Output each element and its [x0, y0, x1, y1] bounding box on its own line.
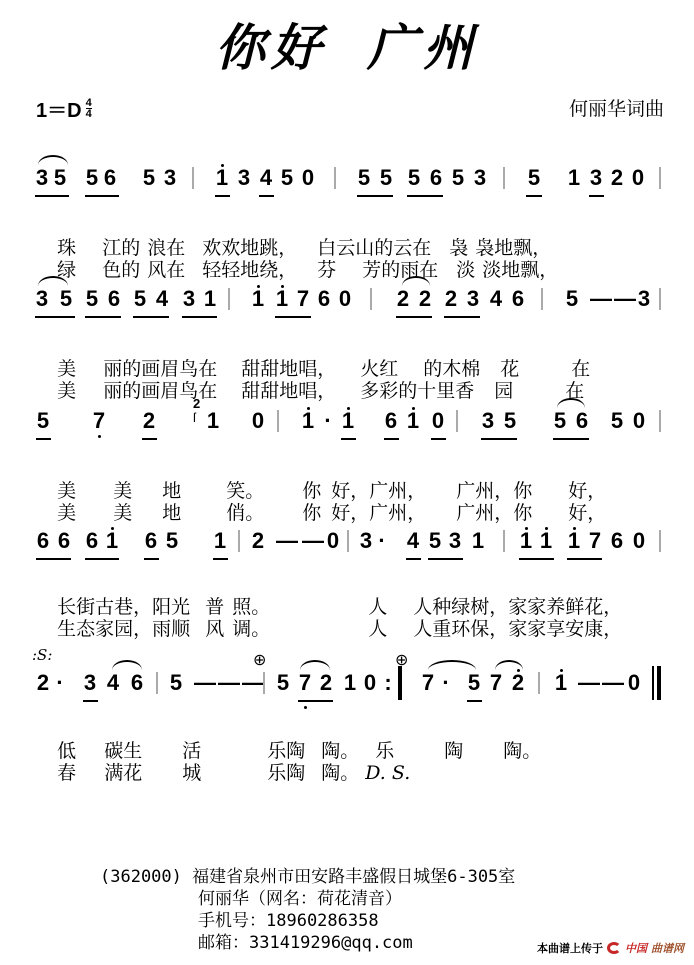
underline	[144, 558, 159, 560]
underline	[526, 195, 542, 197]
underline	[83, 700, 98, 702]
note: 2	[35, 670, 51, 696]
note: 3	[34, 165, 50, 191]
high-dot	[517, 669, 520, 672]
underline	[396, 316, 432, 318]
note: 1	[340, 408, 356, 434]
barline	[263, 672, 265, 694]
note: 5	[466, 670, 482, 696]
high-dot	[347, 407, 350, 410]
barline	[192, 167, 194, 189]
note: 6	[102, 165, 118, 191]
note: 0	[626, 670, 642, 696]
slur	[402, 276, 430, 286]
underline	[298, 700, 333, 702]
contact-info: (362000) 福建省泉州市田安路丰盛假日城堡6-305室 何丽华（网名：荷花…	[100, 866, 515, 954]
note: 2	[250, 528, 266, 554]
note: 4	[258, 165, 274, 191]
notation-line: 6 6 6 1 6 5 1 2 — — 0 3 · 4 5 3 1 1 1 1 …	[0, 518, 694, 558]
barline	[238, 530, 240, 552]
low-dot	[98, 435, 101, 438]
note: 5	[378, 165, 394, 191]
lyric-verse-2: 生态家园，雨顺风调。人人重环保，家家享安康，	[33, 596, 622, 662]
note: 1	[202, 286, 218, 312]
note: 1	[274, 286, 290, 312]
note: 1	[553, 670, 569, 696]
underline	[36, 438, 51, 440]
underline	[142, 438, 157, 440]
high-dot	[560, 669, 563, 672]
barline	[503, 530, 505, 552]
underline	[444, 316, 480, 318]
time-sig-bottom: 4	[86, 109, 92, 119]
note: 1	[470, 528, 486, 554]
underline	[215, 195, 230, 197]
note: —	[590, 286, 606, 312]
coda-icon: ⊕	[253, 650, 266, 669]
slur	[38, 155, 68, 165]
note: 0	[250, 408, 266, 434]
note: 1	[342, 670, 358, 696]
note: 6	[316, 286, 332, 312]
underline	[85, 316, 121, 318]
high-dot	[257, 285, 260, 288]
title-part-1: 你好	[215, 18, 327, 77]
note: 3	[236, 165, 252, 191]
barline	[659, 167, 661, 189]
note: 6	[383, 408, 399, 434]
note: 7	[488, 670, 504, 696]
underline	[133, 316, 169, 318]
barline	[277, 410, 279, 432]
note: 5	[164, 528, 180, 554]
note: 0	[631, 528, 647, 554]
barline	[370, 288, 372, 310]
note: 6	[574, 408, 590, 434]
note: 1	[212, 528, 228, 554]
note: 6	[56, 528, 72, 554]
note: 4	[105, 670, 121, 696]
barline	[659, 530, 661, 552]
note: 1	[566, 165, 582, 191]
note: 3	[480, 408, 496, 434]
note: 5	[132, 286, 148, 312]
high-dot	[573, 527, 576, 530]
note: 5	[609, 408, 625, 434]
brand-name-1: 中国	[625, 940, 647, 956]
note: 7	[91, 408, 107, 434]
note: 4	[488, 286, 504, 312]
note: 1	[566, 528, 582, 554]
repeat-dots: :	[380, 670, 396, 696]
note: 0	[337, 286, 353, 312]
note: 1	[518, 528, 534, 554]
note: ·	[320, 408, 336, 434]
underline	[85, 558, 119, 560]
note: 3	[636, 286, 652, 312]
note: 3	[162, 165, 178, 191]
underline	[275, 316, 311, 318]
brand-name-2: 曲谱网	[651, 940, 684, 956]
barline	[456, 410, 458, 432]
barline	[659, 410, 661, 432]
note: —	[578, 670, 594, 696]
lyric-verse-2: 春满花城乐陶陶。D. S.	[33, 740, 410, 806]
high-dot	[525, 527, 528, 530]
note: 0	[362, 670, 378, 696]
dal-segno-mark: D. S.	[365, 762, 410, 784]
segno-icon: :S:	[32, 646, 52, 664]
note: 4	[154, 286, 170, 312]
underline	[481, 438, 517, 440]
coda-icon: ⊕	[395, 650, 408, 669]
note: 1	[538, 528, 554, 554]
note: 6	[143, 528, 159, 554]
high-dot	[221, 164, 224, 167]
note: 3	[358, 528, 374, 554]
underline	[553, 438, 589, 440]
high-dot	[281, 285, 284, 288]
barline	[347, 530, 349, 552]
note: 6	[428, 165, 444, 191]
composer-credit: 何丽华词曲	[569, 94, 664, 121]
note: 5	[279, 165, 295, 191]
song-title: 你好广州	[0, 8, 694, 80]
high-dot	[545, 527, 548, 530]
note: 5	[58, 286, 74, 312]
underline	[213, 558, 228, 560]
note: 5	[552, 408, 568, 434]
note: 1	[250, 286, 266, 312]
note: 2	[609, 165, 625, 191]
slur	[300, 660, 330, 670]
underline	[406, 558, 421, 560]
note: ·	[438, 670, 454, 696]
barline	[156, 672, 158, 694]
underline	[259, 195, 274, 197]
note: 3	[181, 286, 197, 312]
barline	[659, 288, 661, 310]
key-signature: 1＝D 4 4	[36, 94, 92, 123]
note: 5	[564, 286, 580, 312]
upload-label: 本曲谱上传于	[537, 940, 603, 956]
underline	[357, 195, 393, 197]
note: 0	[631, 408, 647, 434]
note: 2	[510, 670, 526, 696]
note: 5	[84, 286, 100, 312]
low-dot	[304, 706, 307, 709]
note: ·	[374, 528, 390, 554]
notation-line: :S: 2 · 3 4 6 5 — — — ⊕ 5 7 2 1 0 : ⊕ 7 …	[0, 660, 694, 700]
phone-line: 手机号：18960286358	[100, 910, 515, 932]
high-dot	[307, 407, 310, 410]
slur	[38, 276, 68, 286]
underline	[85, 195, 119, 197]
note: —	[302, 528, 318, 554]
note: 1	[300, 408, 316, 434]
note: 5	[356, 165, 372, 191]
high-dot	[111, 527, 114, 530]
note: ·	[52, 670, 68, 696]
notation-line: 5 7 2 2 ſ 1 0 1 · 1 6 1 0 3 5 5 6 5 0	[0, 398, 694, 438]
grace-note: 2	[193, 396, 200, 411]
note: 5	[406, 165, 422, 191]
note: 7	[420, 670, 436, 696]
slur	[112, 660, 142, 670]
note: 5	[35, 408, 51, 434]
note: —	[218, 670, 234, 696]
time-signature: 4 4	[86, 98, 92, 119]
note: 2	[141, 408, 157, 434]
upload-watermark: 本曲谱上传于 中国曲谱网	[537, 940, 684, 956]
barline	[541, 288, 543, 310]
note: 0	[630, 165, 646, 191]
note: 7	[297, 670, 313, 696]
slur	[428, 660, 476, 670]
note: 3	[472, 165, 488, 191]
underline	[36, 558, 71, 560]
underline	[341, 438, 356, 440]
address-line: (362000) 福建省泉州市田安路丰盛假日城堡6-305室	[100, 866, 515, 888]
underline	[35, 316, 75, 318]
note: 6	[129, 670, 145, 696]
slur	[557, 398, 585, 408]
barline	[334, 167, 336, 189]
note: 6	[609, 528, 625, 554]
note: 3	[447, 528, 463, 554]
note: 5	[526, 165, 542, 191]
note: —	[602, 670, 618, 696]
note: 5	[450, 165, 466, 191]
author-line: 何丽华（网名：荷花清音）	[100, 888, 515, 910]
note: 2	[443, 286, 459, 312]
note: 3	[588, 165, 604, 191]
grace-tie: ſ	[193, 410, 196, 425]
underline	[589, 195, 604, 197]
underline	[567, 558, 602, 560]
note: 5	[168, 670, 184, 696]
repeat-barline	[398, 666, 402, 700]
note: 0	[300, 165, 316, 191]
note: 1	[214, 165, 230, 191]
note: 6	[510, 286, 526, 312]
final-barline	[657, 666, 661, 700]
notation-line: 3 5 5 6 5 4 3 1 1 1 7 6 0 2 2 2 3 4 6 5 …	[0, 276, 694, 316]
note: 1	[405, 408, 421, 434]
note: 6	[35, 528, 51, 554]
email-line: 邮箱：331419296@qq.com	[100, 932, 515, 954]
note: 2	[417, 286, 433, 312]
note: 5	[427, 528, 443, 554]
note: 1	[205, 408, 221, 434]
underline	[182, 316, 217, 318]
note: 6	[84, 528, 100, 554]
note: —	[242, 670, 258, 696]
underline	[431, 438, 446, 440]
note: —	[276, 528, 292, 554]
note: —	[614, 286, 630, 312]
note: 2	[395, 286, 411, 312]
note: 5	[141, 165, 157, 191]
barline	[228, 288, 230, 310]
final-barline	[652, 666, 654, 700]
note: —	[194, 670, 210, 696]
key-label: 1＝D	[36, 94, 82, 123]
title-part-2: 广州	[367, 18, 479, 77]
barline	[538, 672, 540, 694]
note: 7	[587, 528, 603, 554]
high-dot	[412, 407, 415, 410]
underline	[428, 558, 463, 560]
note: 5	[502, 408, 518, 434]
note: 7	[295, 286, 311, 312]
note: 1	[104, 528, 120, 554]
note: 5	[275, 670, 291, 696]
note: 4	[405, 528, 421, 554]
note: 2	[318, 670, 334, 696]
underline	[407, 195, 443, 197]
note: 5	[52, 165, 68, 191]
note: 5	[84, 165, 100, 191]
notation-line: 3 5 5 6 5 3 1 3 4 5 0 5 5 5 6 5 3 5 1 3 …	[0, 155, 694, 195]
note: 6	[106, 286, 122, 312]
underline	[467, 700, 482, 702]
note: 0	[430, 408, 446, 434]
note: 3	[34, 286, 50, 312]
underline	[35, 195, 69, 197]
underline	[384, 438, 399, 440]
note: 0	[325, 528, 341, 554]
note: 3	[82, 670, 98, 696]
note: 3	[465, 286, 481, 312]
barline	[503, 167, 505, 189]
underline	[519, 558, 554, 560]
site-logo-icon	[607, 942, 621, 954]
